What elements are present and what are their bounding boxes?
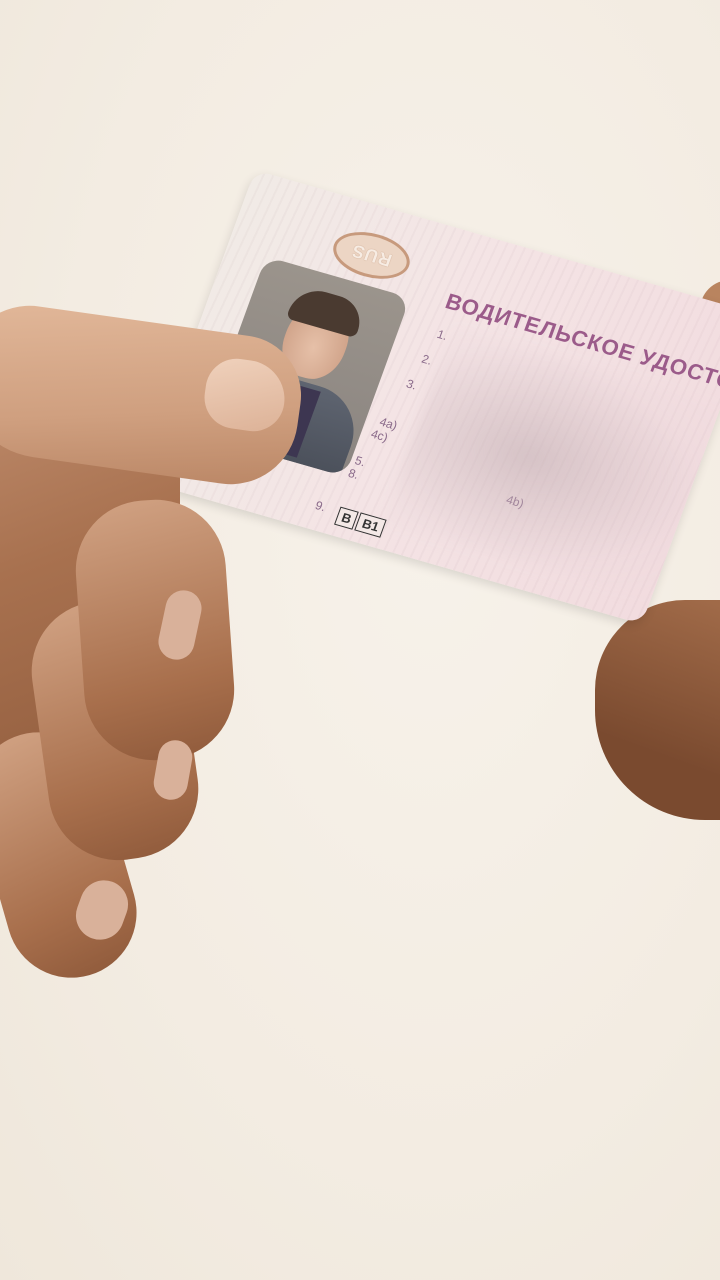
field-label: 3. (404, 376, 418, 392)
category-b1: B1 (355, 513, 387, 538)
left-hand (0, 250, 320, 990)
photo-scene: RUS ✍ ВОДИТЕЛЬСКОЕ УДОСТО 1. 2. 3. 4a) 4… (0, 0, 720, 1280)
right-hand (595, 600, 720, 820)
finger (71, 495, 239, 765)
field-label: 2. (420, 352, 434, 368)
field-label: 8. (346, 466, 360, 482)
license-categories: B B1 (334, 507, 387, 538)
